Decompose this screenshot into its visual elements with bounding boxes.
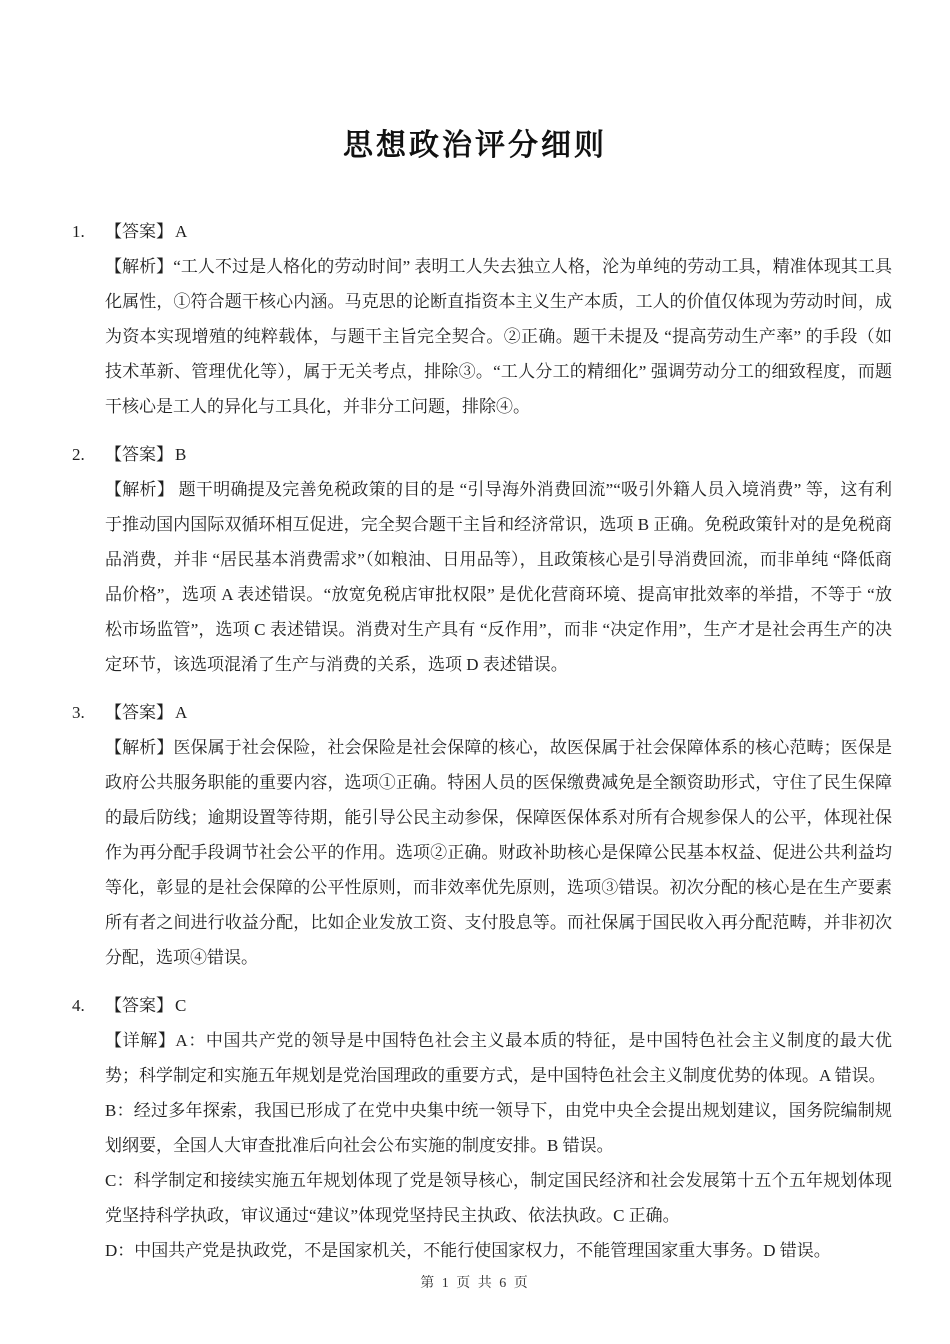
item-number: 3. xyxy=(72,695,105,730)
explanation-paragraph: 【解析】“工人不过是人格化的劳动时间” 表明工人失去独立人格，沦为单纯的劳动工具… xyxy=(105,249,892,424)
answer-line: 3.【答案】A xyxy=(72,695,892,730)
item-number: 4. xyxy=(72,988,105,1023)
answer-line: 1.【答案】A xyxy=(72,214,892,249)
answer-label: 【答案】 xyxy=(105,996,173,1015)
explanation-paragraph: 【解析】 题干明确提及完善免税政策的目的是 “引导海外消费回流”“吸引外籍人员入… xyxy=(105,472,892,682)
page-footer: 第 1 页 共 6 页 xyxy=(0,1272,950,1292)
answer-value: A xyxy=(173,703,187,722)
answer-item: 4.【答案】C 【详解】A：中国共产党的领导是中国特色社会主义最本质的特征，是中… xyxy=(72,988,892,1268)
explanation-paragraph: D：中国共产党是执政党，不是国家机关，不能行使国家权力，不能管理国家重大事务。D… xyxy=(105,1233,892,1268)
page-title: 思想政治评分细则 xyxy=(0,0,950,164)
answer-value: B xyxy=(173,445,186,464)
answer-value: A xyxy=(173,222,187,241)
answers-list: 1.【答案】A 【解析】“工人不过是人格化的劳动时间” 表明工人失去独立人格，沦… xyxy=(0,164,950,1268)
answer-item: 1.【答案】A 【解析】“工人不过是人格化的劳动时间” 表明工人失去独立人格，沦… xyxy=(72,214,892,424)
answer-label: 【答案】 xyxy=(105,222,173,241)
item-number: 1. xyxy=(72,214,105,249)
answer-label: 【答案】 xyxy=(105,445,173,464)
explanation-paragraph: 【解析】医保属于社会保险，社会保险是社会保障的核心，故医保属于社会保障体系的核心… xyxy=(105,730,892,975)
answer-item: 3.【答案】A 【解析】医保属于社会保险，社会保险是社会保障的核心，故医保属于社… xyxy=(72,695,892,975)
document-page: 思想政治评分细则 1.【答案】A 【解析】“工人不过是人格化的劳动时间” 表明工… xyxy=(0,0,950,1344)
answer-line: 2.【答案】B xyxy=(72,437,892,472)
explanation-paragraph: 【详解】A：中国共产党的领导是中国特色社会主义最本质的特征，是中国特色社会主义制… xyxy=(105,1023,892,1093)
answer-value: C xyxy=(173,996,186,1015)
answer-label: 【答案】 xyxy=(105,703,173,722)
item-number: 2. xyxy=(72,437,105,472)
explanation-paragraph: B：经过多年探索，我国已形成了在党中央集中统一领导下，由党中央全会提出规划建议，… xyxy=(105,1093,892,1163)
answer-line: 4.【答案】C xyxy=(72,988,892,1023)
answer-item: 2.【答案】B 【解析】 题干明确提及完善免税政策的目的是 “引导海外消费回流”… xyxy=(72,437,892,682)
explanation-paragraph: C：科学制定和接续实施五年规划体现了党是领导核心，制定国民经济和社会发展第十五个… xyxy=(105,1163,892,1233)
